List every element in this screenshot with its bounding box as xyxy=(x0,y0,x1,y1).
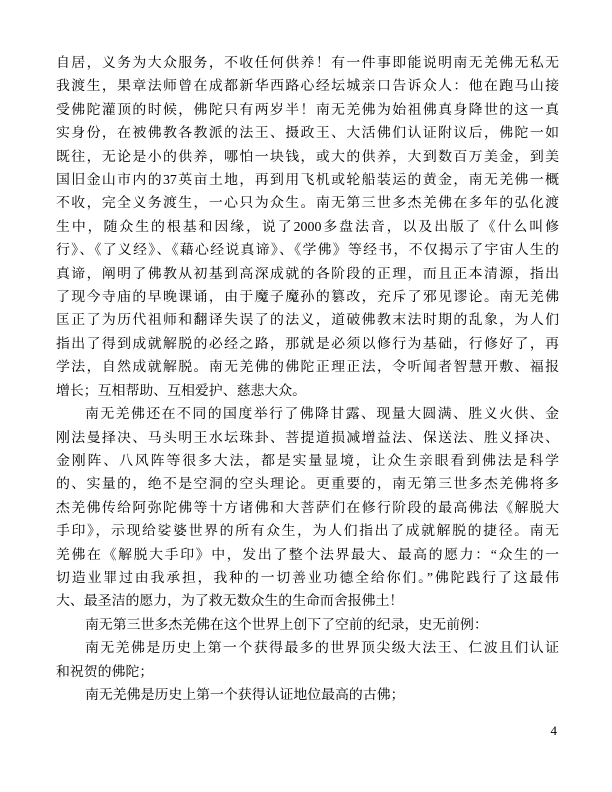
text-line: 杰羌佛传给阿弥陀佛等十方诸佛和大菩萨们在修行阶段的最高佛法《解脱大 xyxy=(56,497,559,520)
text-line: 增长；互相帮助、互相爱护、慈悲大众。 xyxy=(56,380,559,403)
text-line: 手印》，示现给娑婆世界的所有众生，为人们指出了成就解脱的捷径。南无 xyxy=(56,520,559,543)
text-line: 南无羌佛是历史上第一个获得认证地位最高的古佛； xyxy=(56,684,559,707)
text-line: 了现今寺庙的早晚课诵，由于魔子魔孙的篡改，充斥了邪见谬论。南无羌佛 xyxy=(56,286,559,309)
text-line: 大、最圣洁的愿力，为了救无数众生的生命而舍报佛土！ xyxy=(56,590,559,613)
text-line: 学法，自然成就解脱。南无羌佛的佛陀正理正法，令听闻者智慧开敷、福报 xyxy=(56,356,559,379)
text-line: 既往，无论是小的供养，哪怕一块钱，或大的供养，大到数百万美金，到美 xyxy=(56,146,559,169)
text-line: 南无第三世多杰羌佛在这个世界上创下了空前的纪录，史无前例： xyxy=(56,614,559,637)
text-line: 和祝贺的佛陀； xyxy=(56,661,559,684)
text-line: 不收，完全义务渡生，一心只为众生。南无第三世多杰羌佛在多年的弘化渡 xyxy=(56,192,559,215)
text-line: 国旧金山市内的37英亩土地，再到用飞机或轮船装运的黄金，南无羌佛一概 xyxy=(56,169,559,192)
text-line: 南无羌佛还在不同的国度举行了佛降甘露、现量大圆满、胜义火供、金 xyxy=(56,403,559,426)
text-line: 生中，随众生的根基和因缘，说了2000多盘法音，以及出版了《什么叫修 xyxy=(56,216,559,239)
text-line: 指出了得到成就解脱的必经之路，那就是必须以修行为基础，行修好了，再 xyxy=(56,333,559,356)
text-line: 自居，义务为大众服务，不收任何供养！有一件事即能说明南无羌佛无私无 xyxy=(56,52,559,75)
document-text: 自居，义务为大众服务，不收任何供养！有一件事即能说明南无羌佛无私无我渡生，果章法… xyxy=(56,52,559,707)
text-line: 金刚阵、八风阵等很多大法，都是实量显境，让众生亲眼看到佛法是科学 xyxy=(56,450,559,473)
page-number: 4 xyxy=(56,722,557,739)
text-line: 的、实量的，绝不是空洞的空头理论。更重要的，南无第三世多杰羌佛将多 xyxy=(56,473,559,496)
text-line: 刚法曼择决、马头明王水坛珠卦、菩提道损减增益法、保送法、胜义择决、 xyxy=(56,427,559,450)
text-line: 真谛，阐明了佛教从初基到高深成就的各阶段的正理，而且正本清源，指出 xyxy=(56,263,559,286)
text-line: 羌佛在《解脱大手印》中，发出了整个法界最大、最高的愿力：“众生的一 xyxy=(56,544,559,567)
text-line: 匡正了为历代祖师和翻译失误了的法义，道破佛教末法时期的乱象，为人们 xyxy=(56,309,559,332)
text-line: 切造业罪过由我承担，我种的一切善业功德全给你们。”佛陀践行了这最伟 xyxy=(56,567,559,590)
text-line: 行》、《了义经》、《藉心经说真谛》、《学佛》等经书，不仅揭示了宇宙人生的 xyxy=(56,239,559,262)
text-line: 我渡生，果章法师曾在成都新华西路心经坛城亲口告诉众人：他在跑马山接 xyxy=(56,75,559,98)
text-line: 受佛陀灌顶的时候，佛陀只有两岁半！南无羌佛为始祖佛真身降世的这一真 xyxy=(56,99,559,122)
text-line: 实身份，在被佛教各教派的法王、摄政王、大活佛们认证附议后，佛陀一如 xyxy=(56,122,559,145)
document-page: 自居，义务为大众服务，不收任何供养！有一件事即能说明南无羌佛无私无我渡生，果章法… xyxy=(0,0,612,792)
text-line: 南无羌佛是历史上第一个获得最多的世界顶尖级大法王、仁波且们认证 xyxy=(56,637,559,660)
